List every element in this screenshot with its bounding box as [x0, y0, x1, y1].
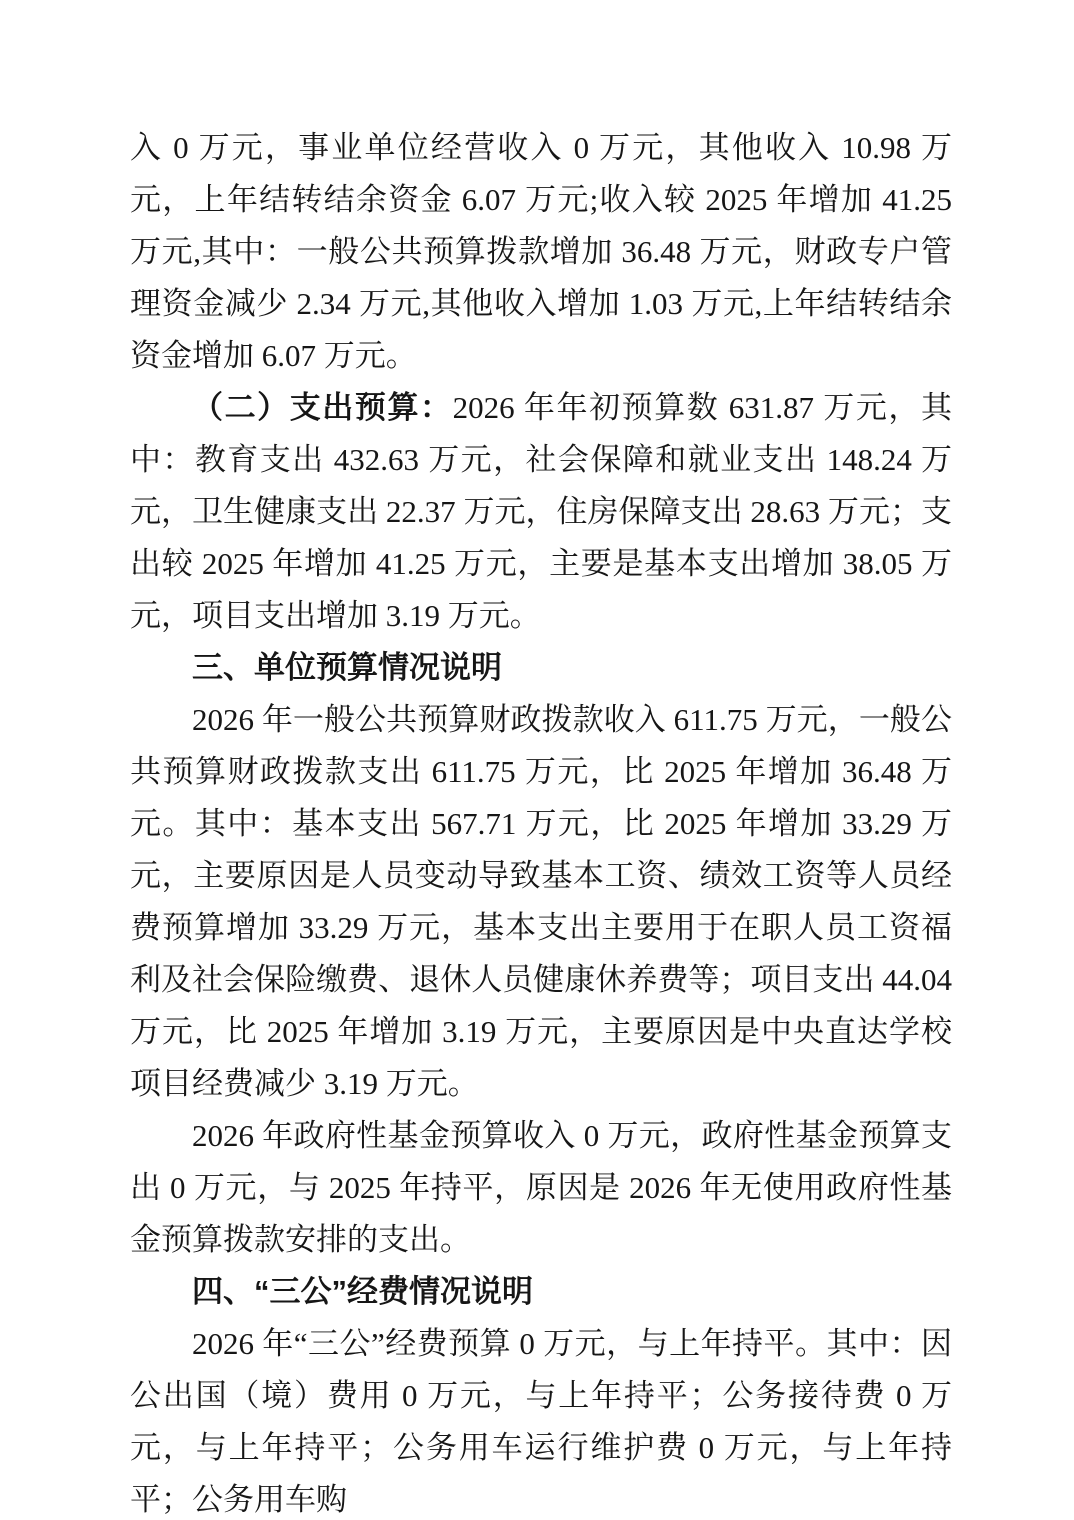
paragraph-expenditure-budget-text: 2026 年年初预算数 631.87 万元，其中：教育支出 432.63 万元，…: [130, 390, 952, 633]
document-page: 入 0 万元，事业单位经营收入 0 万元，其他收入 10.98 万元，上年结转结…: [0, 0, 1074, 1520]
heading-section-three-unit-budget: 三、单位预算情况说明: [130, 642, 952, 694]
paragraph-general-public-budget-detail: 2026 年一般公共预算财政拨款收入 611.75 万元，一般公共预算财政拨款支…: [130, 694, 952, 1110]
paragraph-government-fund-budget: 2026 年政府性基金预算收入 0 万元，政府性基金预算支出 0 万元，与 20…: [130, 1110, 952, 1266]
paragraph-three-public-expenses: 2026 年“三公”经费预算 0 万元，与上年持平。其中：因公出国（境）费用 0…: [130, 1318, 952, 1520]
paragraph-expenditure-budget: （二）支出预算：2026 年年初预算数 631.87 万元，其中：教育支出 43…: [130, 382, 952, 642]
paragraph-revenue-continuation: 入 0 万元，事业单位经营收入 0 万元，其他收入 10.98 万元，上年结转结…: [130, 122, 952, 382]
heading-section-four-three-public-expenses: 四、“三公”经费情况说明: [130, 1266, 952, 1318]
paragraph-expenditure-budget-lead: （二）支出预算：: [192, 390, 453, 425]
document-body: 入 0 万元，事业单位经营收入 0 万元，其他收入 10.98 万元，上年结转结…: [130, 122, 952, 1520]
